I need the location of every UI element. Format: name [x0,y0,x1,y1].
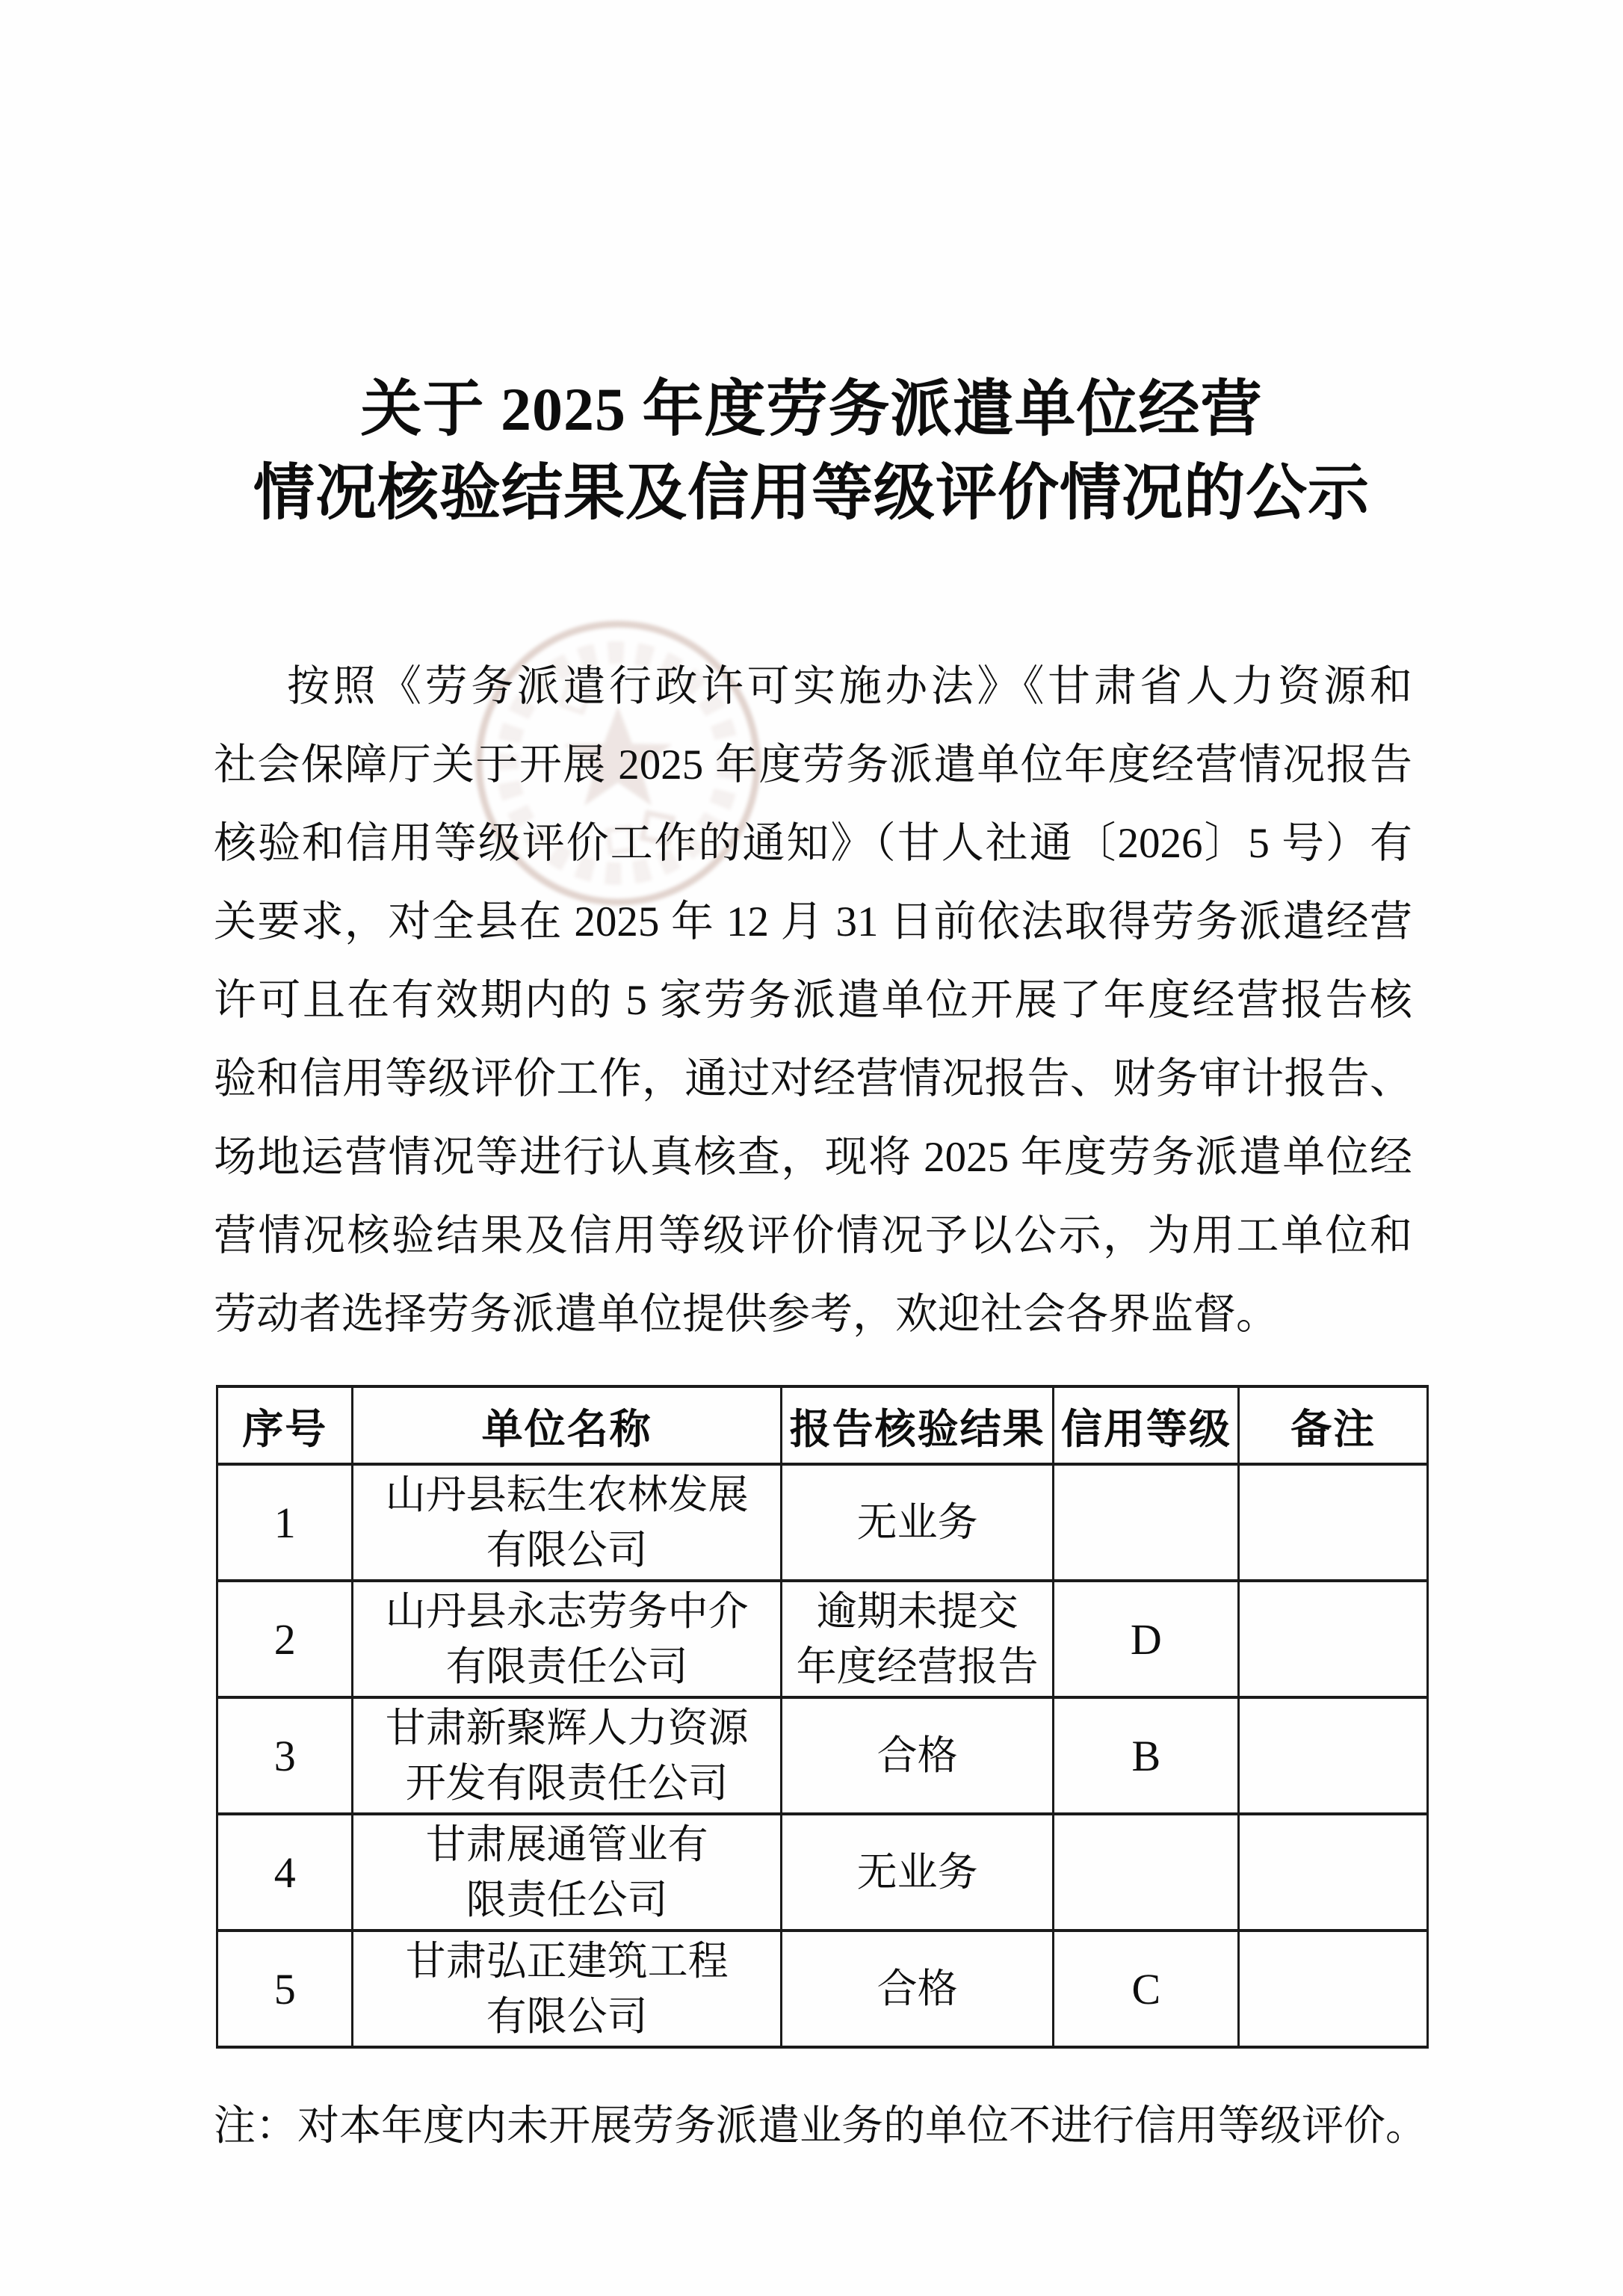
cell-result: 无业务 [781,1814,1053,1931]
cell-name-line: 甘肃新聚辉人力资源 [358,1700,775,1756]
cell-no: 2 [217,1581,353,1697]
cell-name: 山丹县耘生农林发展 有限公司 [353,1464,781,1581]
cell-name-line: 有限公司 [358,1522,775,1578]
cell-name-line: 限责任公司 [358,1872,775,1928]
table-row: 5 甘肃弘正建筑工程 有限公司 合格 C [217,1931,1428,2047]
table-row: 3 甘肃新聚辉人力资源 开发有限责任公司 合格 B [217,1697,1428,1814]
cell-result-line: 合格 [787,1728,1048,1783]
cell-name-line: 开发有限责任公司 [358,1756,775,1811]
cell-name-line: 甘肃展通管业有 [358,1817,775,1872]
cell-name: 山丹县永志劳务中介 有限责任公司 [353,1581,781,1697]
cell-name-line: 有限公司 [358,1989,775,2044]
cell-result-line: 逾期未提交 [787,1584,1048,1639]
header-cell-grade: 信用等级 [1054,1386,1239,1464]
title-line-1: 关于 2025 年度劳务派遣单位经营 [105,368,1518,451]
cell-no: 5 [217,1931,353,2047]
cell-name: 甘肃弘正建筑工程 有限公司 [353,1931,781,2047]
document-title: 关于 2025 年度劳务派遣单位经营 情况核验结果及信用等级评价情况的公示 [105,368,1518,535]
cell-no: 3 [217,1697,353,1814]
cell-note [1239,1464,1428,1581]
cell-note [1239,1697,1428,1814]
cell-grade: B [1054,1697,1239,1814]
cell-grade [1054,1464,1239,1581]
document-page: 关于 2025 年度劳务派遣单位经营 情况核验结果及信用等级评价情况的公示 按照… [0,0,1623,2296]
cell-name: 甘肃展通管业有 限责任公司 [353,1814,781,1931]
cell-name-line: 山丹县永志劳务中介 [358,1584,775,1639]
cell-result: 合格 [781,1931,1053,2047]
table-row: 1 山丹县耘生农林发展 有限公司 无业务 [217,1464,1428,1581]
table-row: 4 甘肃展通管业有 限责任公司 无业务 [217,1814,1428,1931]
cell-result-line: 无业务 [787,1495,1048,1550]
cell-no: 4 [217,1814,353,1931]
cell-note [1239,1931,1428,2047]
body-line: 劳动者选择劳务派遣单位提供参考，欢迎社会各界监督。 [214,1275,1412,1354]
cell-result-line: 合格 [787,1961,1048,2016]
header-cell-name: 单位名称 [353,1386,781,1464]
body-line: 社会保障厅关于开展 2025 年度劳务派遣单位年度经营情况报告 [214,726,1412,804]
body-line: 核验和信用等级评价工作的通知》（甘人社通〔2026〕5 号）有 [214,804,1412,883]
cell-no: 1 [217,1464,353,1581]
cell-name: 甘肃新聚辉人力资源 开发有限责任公司 [353,1697,781,1814]
body-line: 许可且在有效期内的 5 家劳务派遣单位开展了年度经营报告核 [214,961,1412,1040]
table-row: 2 山丹县永志劳务中介 有限责任公司 逾期未提交 年度经营报告 D [217,1581,1428,1697]
body-line: 营情况核验结果及信用等级评价情况予以公示，为用工单位和 [214,1197,1412,1275]
cell-grade: D [1054,1581,1239,1697]
cell-name-line: 山丹县耘生农林发展 [358,1467,775,1522]
footnote: 注：对本年度内未开展劳务派遣业务的单位不进行信用等级评价。 [214,2092,1444,2161]
cell-result: 合格 [781,1697,1053,1814]
body-line: 按照《劳务派遣行政许可实施办法》《甘肃省人力资源和 [214,647,1412,726]
cell-name-line: 甘肃弘正建筑工程 [358,1934,775,1989]
cell-result: 无业务 [781,1464,1053,1581]
title-line-2: 情况核验结果及信用等级评价情况的公示 [105,451,1518,535]
body-line: 关要求，对全县在 2025 年 12 月 31 日前依法取得劳务派遣经营 [214,883,1412,961]
cell-name-line: 有限责任公司 [358,1639,775,1694]
cell-result-line: 无业务 [787,1845,1048,1900]
results-table: 序号 单位名称 报告核验结果 信用等级 备注 1 山丹县耘生农林发展 有限公司 … [216,1385,1429,2049]
cell-grade: C [1054,1931,1239,2047]
cell-result-line: 年度经营报告 [787,1639,1048,1694]
header-cell-no: 序号 [217,1386,353,1464]
header-cell-result: 报告核验结果 [781,1386,1053,1464]
cell-grade [1054,1814,1239,1931]
cell-note [1239,1814,1428,1931]
cell-note [1239,1581,1428,1697]
body-line: 场地运营情况等进行认真核查，现将 2025 年度劳务派遣单位经 [214,1118,1412,1197]
table-header-row: 序号 单位名称 报告核验结果 信用等级 备注 [217,1386,1428,1464]
body-paragraph: 按照《劳务派遣行政许可实施办法》《甘肃省人力资源和 社会保障厅关于开展 2025… [214,647,1412,1354]
body-line: 验和信用等级评价工作，通过对经营情况报告、财务审计报告、 [214,1040,1412,1118]
cell-result: 逾期未提交 年度经营报告 [781,1581,1053,1697]
header-cell-note: 备注 [1239,1386,1428,1464]
